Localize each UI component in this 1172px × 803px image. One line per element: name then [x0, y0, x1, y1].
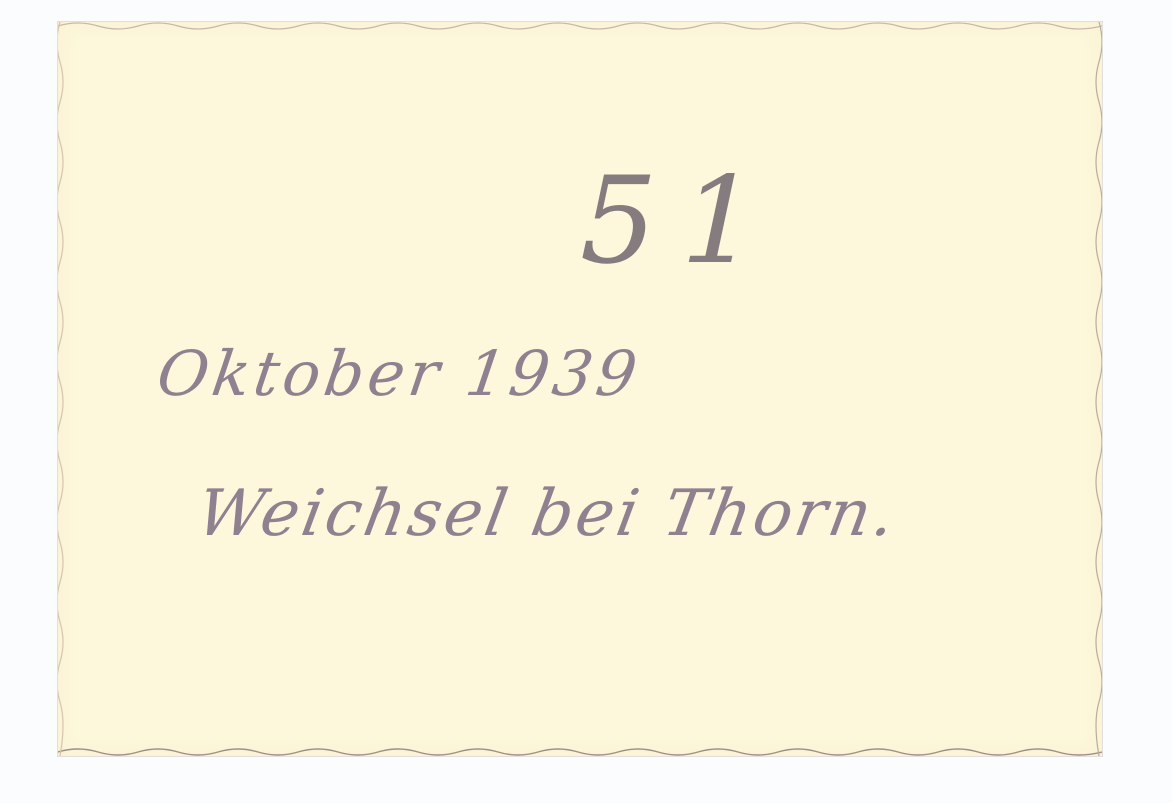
photo-card-back: 51 Oktober 1939 Weichsel bei Thorn. — [58, 22, 1102, 756]
photo-number: 51 — [565, 152, 795, 291]
handwritten-location: Weichsel bei Thorn. — [191, 477, 903, 551]
handwritten-date: Oktober 1939 — [153, 337, 645, 410]
